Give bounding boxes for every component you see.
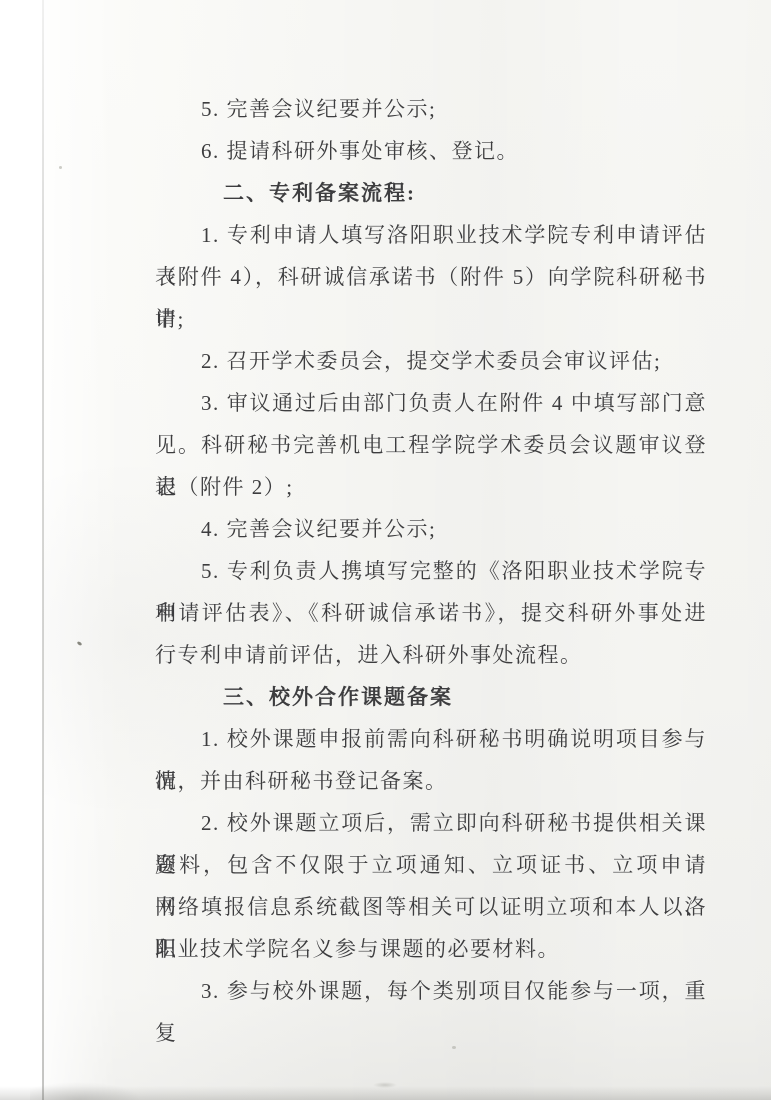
text-line: 5. 专利负责人携填写完整的《洛阳职业技术学院专利 bbox=[155, 550, 707, 592]
text-line: 4. 完善会议纪要并公示; bbox=[155, 508, 707, 550]
scan-speck bbox=[452, 1046, 456, 1049]
document-text-block: 5. 完善会议纪要并公示;6. 提请科研外事处审核、登记。二、专利备案流程:1.… bbox=[155, 88, 707, 1012]
text-line: 见。科研秘书完善机电工程学院学术委员会议题审议登记 bbox=[155, 424, 707, 466]
scanner-background-strip bbox=[0, 0, 43, 1100]
text-line: （附件 4），科研诚信承诺书（附件 5）向学院科研秘书申 bbox=[155, 256, 707, 298]
page-left-edge bbox=[42, 0, 44, 1100]
text-line: 申请评估表》、《科研诚信承诺书》，提交科研外事处进 bbox=[155, 592, 707, 634]
text-line: 资料，包含不仅限于立项通知、立项证书、立项申请书、 bbox=[155, 844, 707, 886]
scan-speck bbox=[59, 166, 62, 169]
text-line: 职业技术学院名义参与课题的必要材料。 bbox=[155, 928, 707, 970]
text-line: 6. 提请科研外事处审核、登记。 bbox=[155, 130, 707, 172]
text-line: 5. 完善会议纪要并公示; bbox=[155, 88, 707, 130]
text-line: 况，并由科研秘书登记备案。 bbox=[155, 760, 707, 802]
text-line: 请; bbox=[155, 298, 707, 340]
bottom-scan-shadow bbox=[0, 1086, 771, 1100]
text-line: 表（附件 2）; bbox=[155, 466, 707, 508]
scan-canvas: 5. 完善会议纪要并公示;6. 提请科研外事处审核、登记。二、专利备案流程:1.… bbox=[0, 0, 771, 1100]
section-heading: 二、专利备案流程: bbox=[155, 172, 707, 214]
text-line: 3. 参与校外课题，每个类别项目仅能参与一项，重复 bbox=[155, 970, 707, 1012]
text-line: 2. 校外课题立项后，需立即向科研秘书提供相关课题 bbox=[155, 802, 707, 844]
text-line: 网络填报信息系统截图等相关可以证明立项和本人以洛阳 bbox=[155, 886, 707, 928]
text-line: 3. 审议通过后由部门负责人在附件 4 中填写部门意 bbox=[155, 382, 707, 424]
text-line: 2. 召开学术委员会，提交学术委员会审议评估; bbox=[155, 340, 707, 382]
text-line: 行专利申请前评估，进入科研外事处流程。 bbox=[155, 634, 707, 676]
section-heading: 三、校外合作课题备案 bbox=[155, 676, 707, 718]
text-line: 1. 专利申请人填写洛阳职业技术学院专利申请评估表 bbox=[155, 214, 707, 256]
text-line: 1. 校外课题申报前需向科研秘书明确说明项目参与情 bbox=[155, 718, 707, 760]
